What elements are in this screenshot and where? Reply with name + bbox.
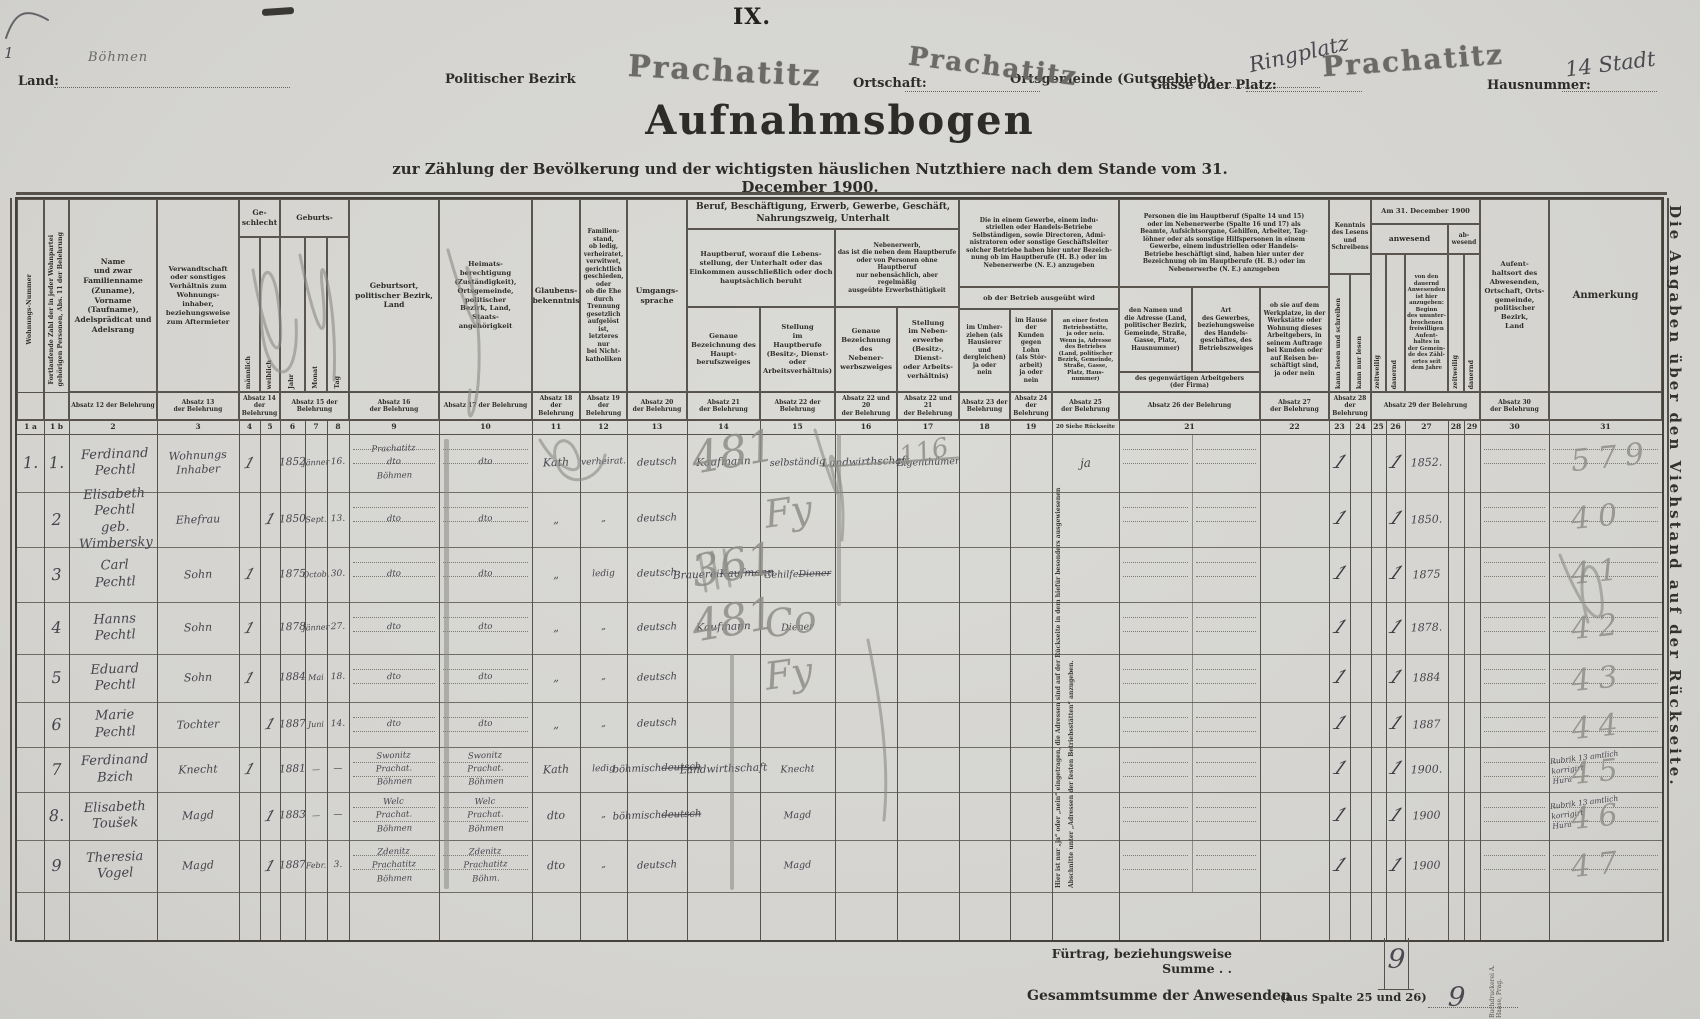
data-cell-ort: dto (348, 600, 440, 655)
cell-ruling (1196, 604, 1256, 652)
data-cell-verw: Sohn (156, 546, 240, 604)
cell-ruling (1484, 549, 1545, 600)
col20-note-line2: Abschnitte unter „Adressen der festen Be… (1068, 436, 1079, 888)
header-cell: Geburts- (280, 199, 349, 237)
data-cell-jahr: 1887 (279, 840, 306, 893)
header-cell: Absatz 25 der Belehrung (1052, 392, 1119, 420)
header-cell: Absatz 22 und 21 der Belehrung (897, 392, 959, 420)
data-cell-c23: 1 (1316, 654, 1363, 702)
header-cell: Stellung im Hauptberufe (Besitz-, Dienst… (760, 307, 835, 392)
header-cell: dauernd (1464, 254, 1480, 392)
data-cell-c27: 1900. (1404, 746, 1449, 792)
col-number: 20 Siehe Rückseite (1052, 420, 1119, 434)
anmerkung-pencil-number: 47 (1570, 842, 1655, 902)
header-cell: Geburtsort, politischer Bezirk, Land (349, 199, 439, 392)
header-cell: männlich (239, 237, 260, 392)
data-cell-sprache: deutsch (626, 839, 688, 893)
data-cell-verw: Magd (156, 791, 240, 842)
data-cell-name: Elisabeth Pechtl geb. Wimbersky (68, 490, 162, 548)
data-cell-sprache: deutsch (626, 491, 688, 548)
data-cell-stand: „ (579, 701, 628, 748)
header-cell: kann lesen und schreiben (1329, 274, 1350, 392)
col-number: 31 (1549, 420, 1662, 434)
pencil-smear (730, 654, 734, 890)
col-number: 26 (1386, 420, 1405, 434)
data-cell-jahr: 1883 (279, 792, 306, 841)
data-cell-glauben: Kath (531, 433, 581, 493)
header-cell: Ge- schlecht (239, 199, 280, 237)
data-cell-sprache: deutsch (626, 433, 688, 493)
header-cell: Absatz 15 der Belehrung (280, 392, 349, 420)
col-number: 27 (1405, 420, 1448, 434)
header-cell: Absatz 22 der Belehrung (760, 392, 835, 420)
data-cell-verw: Wohnungs Inhaber (156, 433, 240, 494)
double-border-top (16, 192, 1667, 195)
double-border-left (10, 198, 12, 941)
data-cell-nr: 7 (43, 747, 70, 793)
header-cell: Fortlaufende Zahl der in jeder Wohnparte… (44, 199, 69, 420)
col-number: 23 (1329, 420, 1350, 434)
data-cell-wohnung: 1. (16, 434, 45, 493)
data-cell-ort: Zdenitz Prachatitz Böhmen (348, 838, 440, 893)
data-cell-nr: 5 (43, 654, 70, 703)
data-cell-monat: Juni (304, 702, 328, 748)
data-cell-sprache: böhmischdeutsch (626, 746, 688, 793)
header-cell: Absatz 16 der Belehrung (349, 392, 439, 420)
data-cell-stand: ledig (579, 546, 628, 603)
header-cell: zeitweilig (1371, 254, 1386, 392)
land-underline (54, 86, 290, 88)
fuertrag-value: 9 (1387, 943, 1406, 975)
column-line (959, 420, 960, 940)
pencil-mark: 481 (687, 422, 766, 491)
header-cell: Aufent- haltsort des Abwesenden, Ortscha… (1480, 199, 1549, 392)
data-cell-tag: 30. (326, 547, 350, 603)
header-cell: Heimats- berechtigung (Zuständigkeit), O… (439, 199, 532, 392)
data-cell-c23: 1 (1317, 747, 1362, 792)
header-cell: Name und zwar Familienname (Zuname), Vor… (69, 199, 157, 392)
fuertrag-label: Fürtrag, beziehungsweise Summe . . (1000, 946, 1232, 976)
data-cell-nr: 8. (43, 792, 70, 841)
pencil-mark: Fy (762, 645, 838, 702)
data-cell-nr: 3 (43, 547, 70, 603)
data-cell-ort: Swonitz Prachat. Böhmen (348, 745, 440, 793)
col-number: 7 (305, 420, 327, 434)
data-cell-tag: 3. (326, 840, 350, 893)
cell-ruling (1484, 494, 1545, 545)
data-cell-stand: „ (579, 839, 628, 893)
data-cell-c27: 1850. (1404, 491, 1449, 547)
data-cell-nr: 9 (43, 840, 70, 893)
data-cell-ort: dto (348, 490, 440, 548)
sum-box-right (1408, 938, 1409, 990)
header-cell: Absatz 26 der Belehrung (1119, 392, 1260, 420)
cell-ruling (1484, 842, 1545, 890)
data-cell-verw: Tochter (156, 701, 240, 749)
page-number: IX. (733, 4, 771, 30)
header-cell: Umgangs- sprache (627, 199, 687, 392)
col-number: 13 (627, 420, 687, 434)
header-cell: im Hause der Kunden gegen Lohn (als Stör… (1010, 309, 1052, 392)
header-cell: Nebenerwerb, das ist die neben dem Haupt… (835, 229, 959, 307)
header-cell: Die in einem Gewerbe, einem indu- striel… (959, 199, 1119, 287)
anmerkung-pencil-number: 46 (1570, 794, 1655, 850)
header-cell: Anmerkung (1549, 199, 1662, 392)
data-cell-nr: 2 (43, 492, 70, 548)
bezirk-stamp: Prachatitz (627, 49, 822, 94)
header-cell: Absatz 12 der Belehrung (69, 392, 157, 420)
data-cell-heimat: Zdenitz Prachatitz Böhm. (438, 838, 533, 893)
column-line (1371, 420, 1372, 940)
data-cell-glauben: Kath (531, 746, 581, 793)
data-cell-c23: 1 (1315, 602, 1364, 654)
data-cell-monat: — (304, 747, 328, 793)
data-cell-monat: Jänner (304, 602, 328, 655)
data-cell-monat: Febr. (304, 840, 328, 893)
cell-ruling (1484, 704, 1545, 745)
printer-mark: Buchdruckerei A. Haase, Prag. (1489, 948, 1503, 1018)
data-cell-stand: „ (579, 653, 628, 703)
data-cell-nr: 1. (43, 434, 70, 493)
header-cell: Absatz 29 der Belehrung (1371, 392, 1480, 420)
data-cell-c27: 1900 (1404, 791, 1449, 840)
data-cell-stellung: Magd (759, 839, 836, 894)
data-cell-tag: 16. (326, 434, 350, 493)
data-cell-tag: — (326, 747, 350, 793)
data-cell-c23: 1 (1314, 434, 1366, 492)
bezirk-label: Politischer Bezirk (445, 72, 576, 87)
gasse-underline (1246, 90, 1362, 92)
header-cell (1549, 392, 1662, 420)
col-number: 5 (260, 420, 280, 434)
header-cell: Stellung im Neben- erwerbe (Besitz-, Die… (897, 307, 959, 392)
data-cell-heimat: dto (438, 432, 533, 493)
data-cell-verw: Ehefrau (156, 491, 240, 549)
cell-ruling (1123, 436, 1188, 490)
col-number: 29 (1464, 420, 1480, 434)
census-table: Wohnungs-NummerFortlaufende Zahl der in … (15, 197, 1664, 942)
col20-note-line1: Hier ist nur „ja“ oder „nein“ eingetrage… (1055, 436, 1066, 888)
header-cell: von den dauernd Anwesenden ist hier anzu… (1405, 254, 1448, 392)
col-number: 6 (280, 420, 305, 434)
header-cell: Genaue Bezeichnung des Haupt- berufszwei… (687, 307, 760, 392)
header-cell: Absatz 28 der Belehrung (1329, 392, 1371, 420)
header-cell: Absatz 23 der Belehrung (959, 392, 1010, 420)
data-cell-verw: Sohn (156, 653, 240, 704)
cell-ruling (1484, 656, 1545, 700)
column-line (1052, 420, 1053, 940)
header-cell: Absatz 21 der Belehrung (687, 392, 760, 420)
pencil-mark: Fy (762, 483, 839, 547)
header-sep (17, 392, 1662, 393)
pencil-smear (444, 439, 449, 889)
data-cell-c23: 1 (1314, 492, 1364, 547)
data-cell-name: Elisabeth Toušek (68, 790, 162, 841)
col-number: 16 (835, 420, 897, 434)
header-cell: Absatz 30 der Belehrung (1480, 392, 1549, 420)
data-cell-c27: 1875 (1404, 546, 1449, 602)
header-cell: Absatz 22 und 20 der Belehrung (835, 392, 897, 420)
col-number: 25 (1371, 420, 1386, 434)
col-number: 18 (959, 420, 1010, 434)
cell-ruling (1123, 704, 1188, 745)
data-cell-sprache: deutsch (626, 601, 688, 655)
header-cell: Am 31. December 1900 (1371, 199, 1480, 224)
cell-ruling (1196, 656, 1256, 700)
data-cell-c23: 1 (1315, 840, 1364, 892)
anmerkung-pencil-number: 42 (1570, 604, 1655, 664)
header-cell: Absatz 14 der Belehrung (239, 392, 280, 420)
data-cell-name: Theresia Vogel (68, 838, 162, 893)
column-line (687, 420, 688, 940)
gesamtsumme-label: Gesammtsumme der Anwesenden (1027, 988, 1291, 1004)
pencil-mark: 116 (897, 430, 968, 499)
data-cell-c27: 1878. (1404, 601, 1449, 654)
data-cell-heimat: dto (438, 545, 533, 603)
column-line (1464, 420, 1465, 940)
ink-blot (262, 7, 294, 16)
data-cell-jahr: 1884 (279, 654, 306, 703)
cell-ruling (1123, 549, 1188, 600)
hausnummer-value: 14 Stadt (1564, 47, 1657, 82)
anmerkung-pencil-number: 41 (1569, 549, 1654, 612)
header-cell: Verwandtschaft oder sonstiges Verhältnis… (157, 199, 239, 392)
data-cell-stand: „ (579, 601, 628, 655)
header-cell: Absatz 17 der Belehrung (439, 392, 532, 420)
data-cell-monat: Mai (304, 654, 328, 703)
header-cell: zeitweilig (1448, 254, 1464, 392)
pencil-smear (837, 434, 841, 606)
data-cell-ort: dto (348, 700, 440, 748)
data-cell-glauben: „ (531, 653, 581, 703)
header-cell: kann nur lesen (1350, 274, 1371, 392)
cell-ruling (1196, 494, 1256, 545)
anmerkung-pencil-number: 43 (1570, 656, 1655, 712)
data-cell-c20: ja (1051, 433, 1120, 493)
data-cell-ort: dto (348, 652, 440, 703)
data-cell-heimat: dto (438, 490, 533, 548)
data-cell-glauben: dto (531, 791, 581, 841)
corner-mark: 1 (4, 44, 14, 62)
col-number: 21 (1119, 420, 1260, 434)
cell-ruling (1196, 549, 1256, 600)
data-cell-tag: — (326, 792, 350, 841)
col-number: 22 (1260, 420, 1329, 434)
cell-ruling (1196, 794, 1256, 838)
header-cell: Art des Gewerbes, beziehungsweise des Ha… (1192, 287, 1260, 372)
data-cell-stellung: Magd (759, 791, 836, 842)
col-number: 1 b (44, 420, 69, 434)
header-cell: anwesend (1371, 224, 1448, 254)
anmerkung-pencil-number: 40 (1569, 494, 1654, 557)
data-cell-tag: 27. (326, 602, 350, 655)
data-cell-heimat: Welc Prachat. Böhmen (438, 790, 533, 841)
data-cell-ort: Welc Prachat. Böhmen (348, 790, 440, 841)
header-cell: Absatz 18 der Belehrung (532, 392, 580, 420)
header-cell: ob sie auf dem Werkplatze, in der Werkst… (1260, 287, 1329, 392)
cell-ruling (1123, 794, 1188, 838)
data-cell-nr: 4 (43, 602, 70, 655)
land-label: Land: (18, 74, 59, 89)
col-number: 30 (1480, 420, 1549, 434)
data-cell-glauben: „ (531, 491, 581, 548)
ortschaft-label: Ortschaft: (853, 76, 927, 91)
data-cell-c23: 1 (1314, 547, 1364, 602)
data-cell-heimat: dto (438, 652, 533, 703)
header-cell: Tag (327, 237, 349, 392)
column-line (1119, 420, 1120, 940)
data-cell-monat: Jänner (304, 434, 328, 493)
header-cell: an einer festen Betriebsstätte, ja oder … (1052, 309, 1119, 392)
data-cell-sprache: böhmischdeutsch (626, 791, 688, 841)
column-line (1260, 420, 1261, 940)
header-cell: Jahr (280, 237, 305, 392)
hausnummer-underline (1562, 90, 1657, 92)
data-cell-verw: Knecht (156, 746, 240, 794)
header-cell: Hauptberuf, worauf die Lebens- stellung,… (687, 229, 835, 307)
data-cell-jahr: 1887 (279, 702, 306, 748)
cell-ruling (1484, 749, 1545, 790)
data-cell-tag: 14. (326, 702, 350, 748)
column-line (1010, 420, 1011, 940)
page-title: Aufnahmsbogen (640, 97, 1040, 144)
data-cell-name: Ferdinand Bzich (68, 745, 162, 793)
data-cell-c27: 1852. (1404, 433, 1449, 492)
gesamtsumme-value: 9 (1447, 982, 1466, 1014)
cell-ruling (1123, 749, 1188, 790)
header-sep2 (17, 420, 1662, 421)
data-cell-stand: „ (579, 491, 628, 548)
cell-ruling (1196, 704, 1256, 745)
col-number: 11 (532, 420, 580, 434)
col-number: 12 (580, 420, 627, 434)
col-number: 28 (1448, 420, 1464, 434)
header-cell: weiblich (260, 237, 280, 392)
ortschaft-stamp: Prachatitz (907, 42, 1080, 93)
col-number: 3 (157, 420, 239, 434)
gesamtsumme-paren: (aus Spalte 25 und 26) (1280, 990, 1427, 1004)
page-subtitle: zur Zählung der Bevölkerung und der wich… (360, 160, 1260, 196)
data-cell-name: Eduard Pechtl (68, 652, 162, 703)
data-cell-sprache: deutsch (626, 701, 688, 748)
data-cell-jahr: 1881 (279, 747, 306, 793)
header-cell: ab- wesend (1448, 224, 1480, 254)
data-cell-nr: 6 (43, 702, 70, 748)
column-line (1448, 420, 1449, 940)
cell-ruling (1484, 604, 1545, 652)
data-cell-monat: — (304, 792, 328, 841)
header-cell: ob der Betrieb ausgeübt wird (959, 287, 1119, 309)
col-number: 2 (69, 420, 157, 434)
data-cell-heimat: dto (438, 700, 533, 748)
header-cell: Monat (305, 237, 327, 392)
column-line (1549, 420, 1550, 940)
data-cell-name: Ferdinand Pechtl (68, 432, 162, 493)
data-cell-c27: 1887 (1404, 701, 1449, 747)
cell-ruling (1196, 842, 1256, 890)
data-cell-c23: 1 (1316, 792, 1363, 840)
data-cell-verw: Sohn (156, 601, 240, 656)
column-line (897, 420, 898, 940)
data-cell-monat: Octob. (304, 547, 328, 603)
header-cell: Absatz 27 der Belehrung (1260, 392, 1329, 420)
col-number: 1 a (17, 420, 44, 434)
data-cell-name: Carl Pechtl (68, 545, 162, 603)
data-cell-c27: 1900 (1404, 839, 1449, 892)
col-number: 4 (239, 420, 260, 434)
header-cell: des gegenwärtigen Arbeitgebers (der Firm… (1119, 372, 1260, 392)
census-sheet: IX. 1 Land: Böhmen Politischer Bezirk Pr… (0, 0, 1700, 1019)
cell-ruling (1196, 749, 1256, 790)
data-cell-monat: Sept. (304, 492, 328, 548)
header-cell: Beruf, Beschäftigung, Erwerb, Gewerbe, G… (687, 199, 959, 229)
cell-ruling (1123, 842, 1188, 890)
header-cell: Kenntnis des Lesens und Schreibens (1329, 199, 1371, 274)
cell-ruling (1123, 604, 1188, 652)
header-cell: Glaubens- bekenntnis (532, 199, 580, 392)
header-cell: dauernd (1386, 254, 1405, 392)
header-cell: Absatz 20 der Belehrung (627, 392, 687, 420)
col-number: 19 (1010, 420, 1052, 434)
header-cell: Absatz 19 der Belehrung (580, 392, 627, 420)
column-subline (1192, 434, 1193, 892)
data-cell-c27: 1884 (1404, 653, 1449, 702)
cell-ruling (1484, 794, 1545, 838)
data-cell-stellung: Knecht (759, 746, 836, 794)
data-cell-beruf: Landwirthschaft (686, 746, 761, 794)
header-cell: den Namen und die Adresse (Land, politis… (1119, 287, 1192, 372)
data-cell-name: Marie Pechtl (68, 700, 162, 748)
sum-box-left (1384, 938, 1385, 990)
header-cell: im Umher- ziehen (als Hausierer und derg… (959, 309, 1010, 392)
data-cell-c23: 1 (1317, 702, 1362, 747)
data-cell-glauben: dto (531, 839, 581, 893)
land-value: Böhmen (88, 50, 148, 65)
data-cell-heimat: Swonitz Prachat. Böhmen (438, 745, 533, 793)
data-cell-heimat: dto (438, 600, 533, 655)
data-cell-glauben: „ (531, 546, 581, 603)
header-cell: Familien- stand, ob ledig, verheiratet, … (580, 199, 627, 392)
gesamtsumme-dotline (1428, 1006, 1518, 1008)
data-cell-tag: 18. (326, 654, 350, 703)
data-cell-stand: verheirat. (579, 433, 628, 493)
cell-ruling (1123, 656, 1188, 700)
data-cell-name: Hanns Pechtl (68, 600, 162, 655)
column-line (1480, 420, 1481, 940)
header-cell: Personen die im Hauptberuf (Spalte 14 un… (1119, 199, 1329, 287)
data-cell-glauben: „ (531, 701, 581, 748)
data-cell-ort: dto (348, 545, 440, 603)
anmerkung-pencil-number: 579 (1569, 436, 1655, 502)
ortschaft-underline (905, 90, 1040, 92)
data-cell-ort: Prachatitz dto Böhmen (348, 432, 440, 493)
header-cell: Genaue Bezeichnung des Nebener- werbszwe… (835, 307, 897, 392)
data-cell-jahr: 1850 (279, 492, 306, 548)
data-cell-sprache: deutsch (626, 653, 688, 703)
data-cell-verw: Magd (156, 839, 240, 894)
cell-ruling (1123, 494, 1188, 545)
header-cell: Absatz 24 der Belehrung (1010, 392, 1052, 420)
cell-ruling (1196, 436, 1256, 490)
col-number: 24 (1350, 420, 1371, 434)
header-cell: Wohnungs-Nummer (17, 199, 44, 420)
data-cell-glauben: „ (531, 601, 581, 655)
col-number: 8 (327, 420, 349, 434)
viehstand-margin-note: Die Angaben über den Viehstand auf der R… (1666, 205, 1684, 885)
header-cell: Absatz 13 der Belehrung (157, 392, 239, 420)
data-cell-tag: 13. (326, 492, 350, 548)
cell-ruling (1484, 436, 1545, 490)
